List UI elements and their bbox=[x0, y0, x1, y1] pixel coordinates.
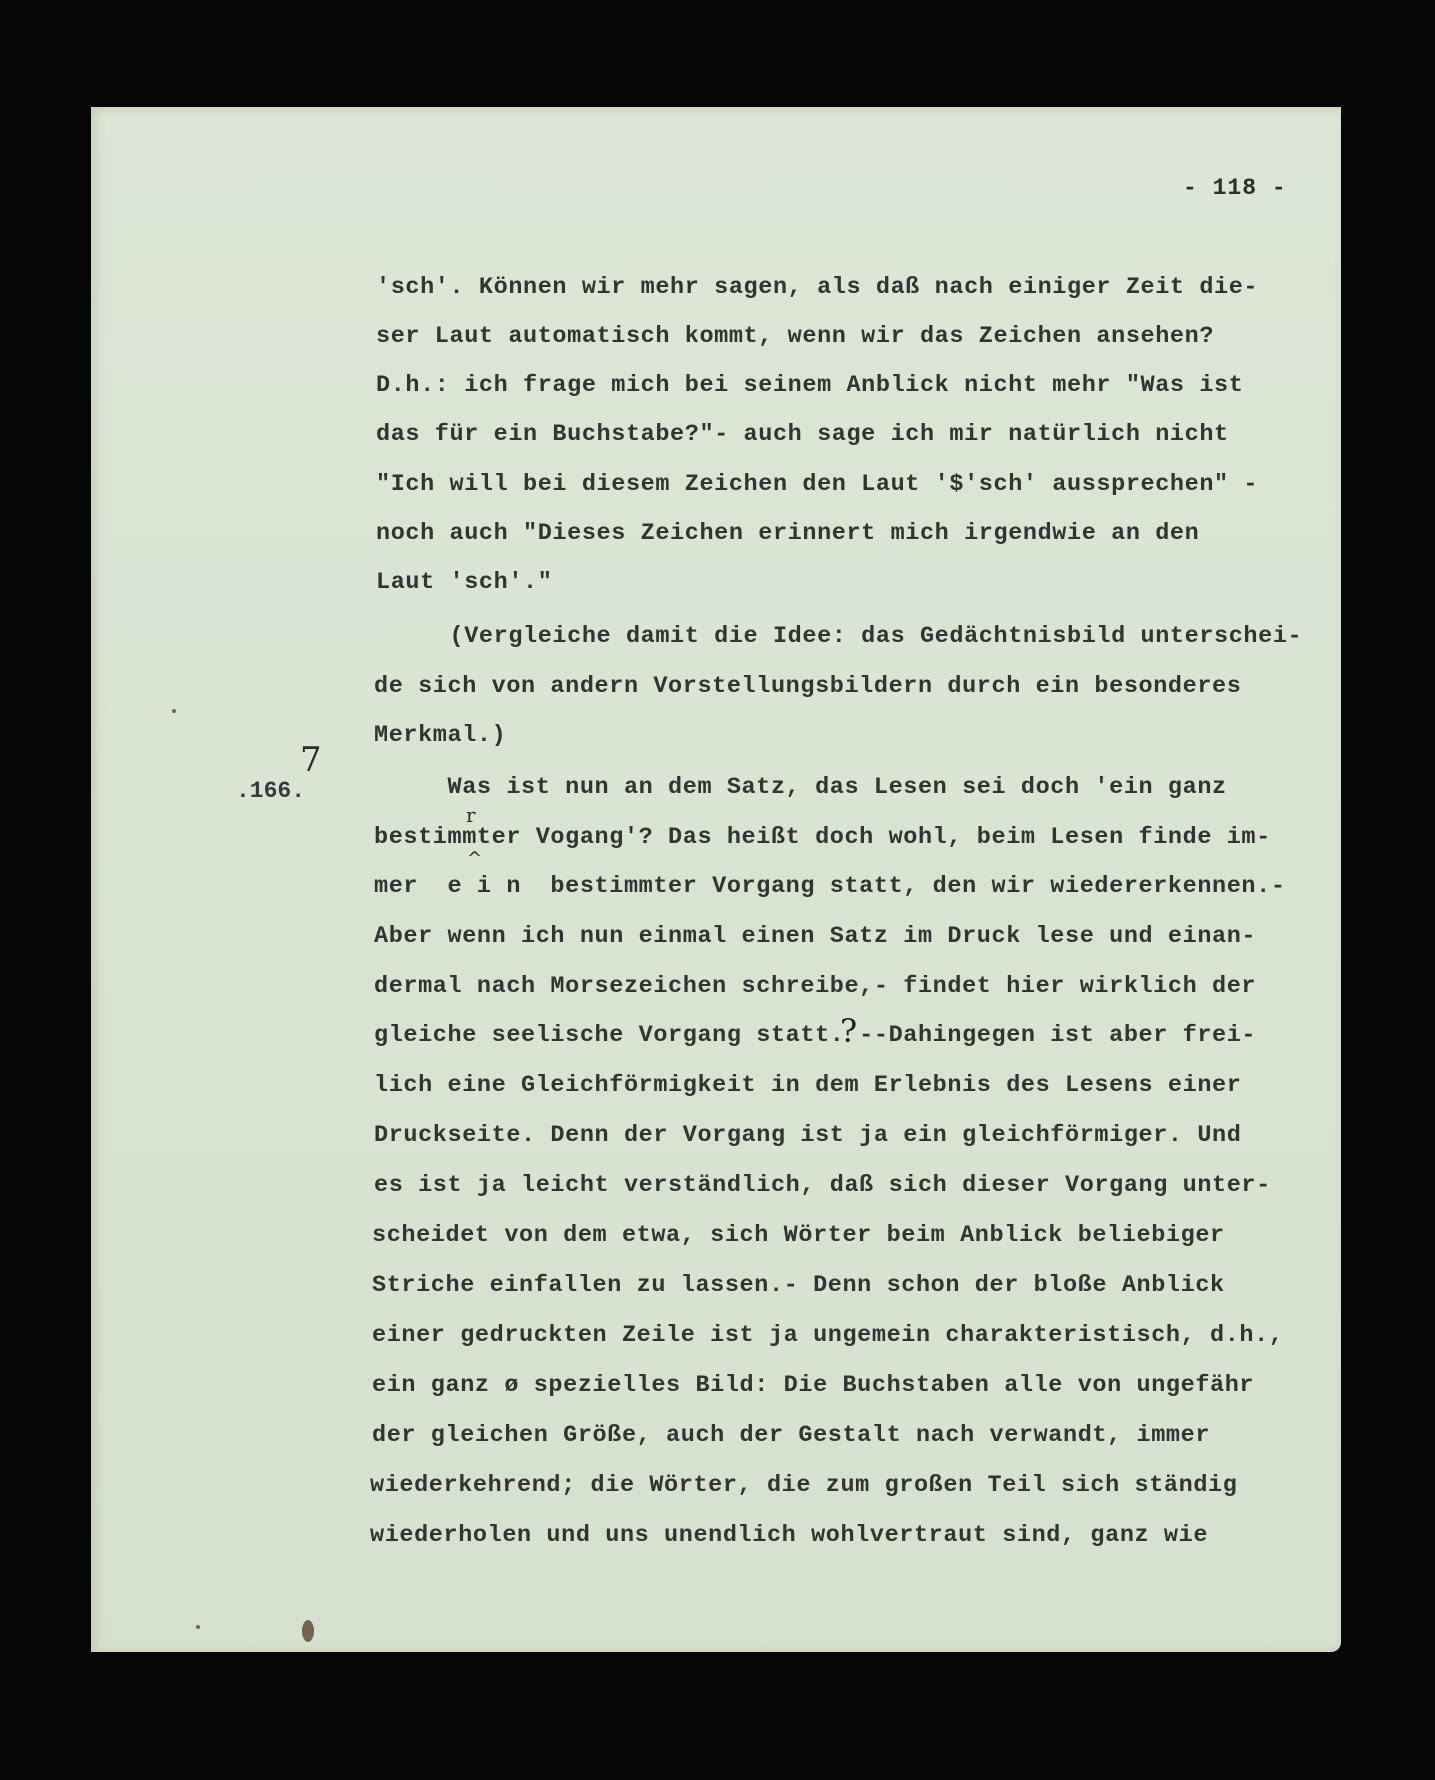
text-line: mer e i n bestimmter Vorgang statt, den … bbox=[374, 875, 1286, 899]
text-line: lich eine Gleichförmigkeit in dem Erlebn… bbox=[374, 1074, 1241, 1098]
ink-stain bbox=[302, 1620, 314, 1642]
text-line: noch auch "Dieses Zeichen erinnert mich … bbox=[376, 522, 1199, 546]
text-line: scheidet von dem etwa, sich Wörter beim … bbox=[372, 1224, 1225, 1248]
text-line: bestimmter Vogang'? Das heißt doch wohl,… bbox=[374, 826, 1271, 850]
handwritten-caret-icon: ^ bbox=[467, 848, 482, 869]
text-line: der gleichen Größe, auch der Gestalt nac… bbox=[372, 1424, 1210, 1448]
text-line: einer gedruckten Zeile ist ja ungemein c… bbox=[372, 1324, 1284, 1348]
text-line: de sich von andern Vorstellungsbildern d… bbox=[374, 675, 1241, 699]
text-line: D.h.: ich frage mich bei seinem Anblick … bbox=[376, 374, 1243, 398]
text-line: Druckseite. Denn der Vorgang ist ja ein … bbox=[374, 1124, 1241, 1148]
text-line: ser Laut automatisch kommt, wenn wir das… bbox=[376, 325, 1214, 349]
text-line: Merkmal.) bbox=[374, 724, 506, 748]
text-line: wiederkehrend; die Wörter, die zum große… bbox=[370, 1474, 1237, 1498]
text-line: es ist ja leicht verständlich, daß sich … bbox=[374, 1174, 1271, 1198]
handwritten-correction-7: 7 bbox=[300, 740, 322, 780]
text-line: Laut 'sch'." bbox=[376, 571, 552, 595]
text-line: dermal nach Morsezeichen schreibe,- find… bbox=[374, 975, 1256, 999]
text-line: das für ein Buchstabe?"- auch sage ich m… bbox=[376, 423, 1229, 447]
paper-speck bbox=[196, 1625, 200, 1629]
text-line: ein ganz ø spezielles Bild: Die Buchstab… bbox=[372, 1374, 1254, 1398]
text-line: Was ist nun an dem Satz, das Lesen sei d… bbox=[374, 776, 1227, 800]
text-line: 'sch'. Können wir mehr sagen, als daß na… bbox=[376, 276, 1258, 300]
paragraph-number: .166. bbox=[236, 778, 305, 804]
text-line: Striche einfallen zu lassen.- Denn schon… bbox=[372, 1274, 1225, 1298]
text-line: wiederholen und uns unendlich wohlvertra… bbox=[370, 1524, 1208, 1548]
page-number: - 118 - bbox=[1183, 175, 1287, 201]
paper-speck bbox=[172, 709, 176, 713]
text-line: gleiche seelische Vorgang statt. --Dahin… bbox=[374, 1024, 1256, 1048]
text-line: Aber wenn ich nun einmal einen Satz im D… bbox=[374, 925, 1256, 949]
text-line: (Vergleiche damit die Idee: das Gedächtn… bbox=[376, 625, 1302, 649]
text-line: "Ich will bei diesem Zeichen den Laut '$… bbox=[376, 473, 1258, 497]
